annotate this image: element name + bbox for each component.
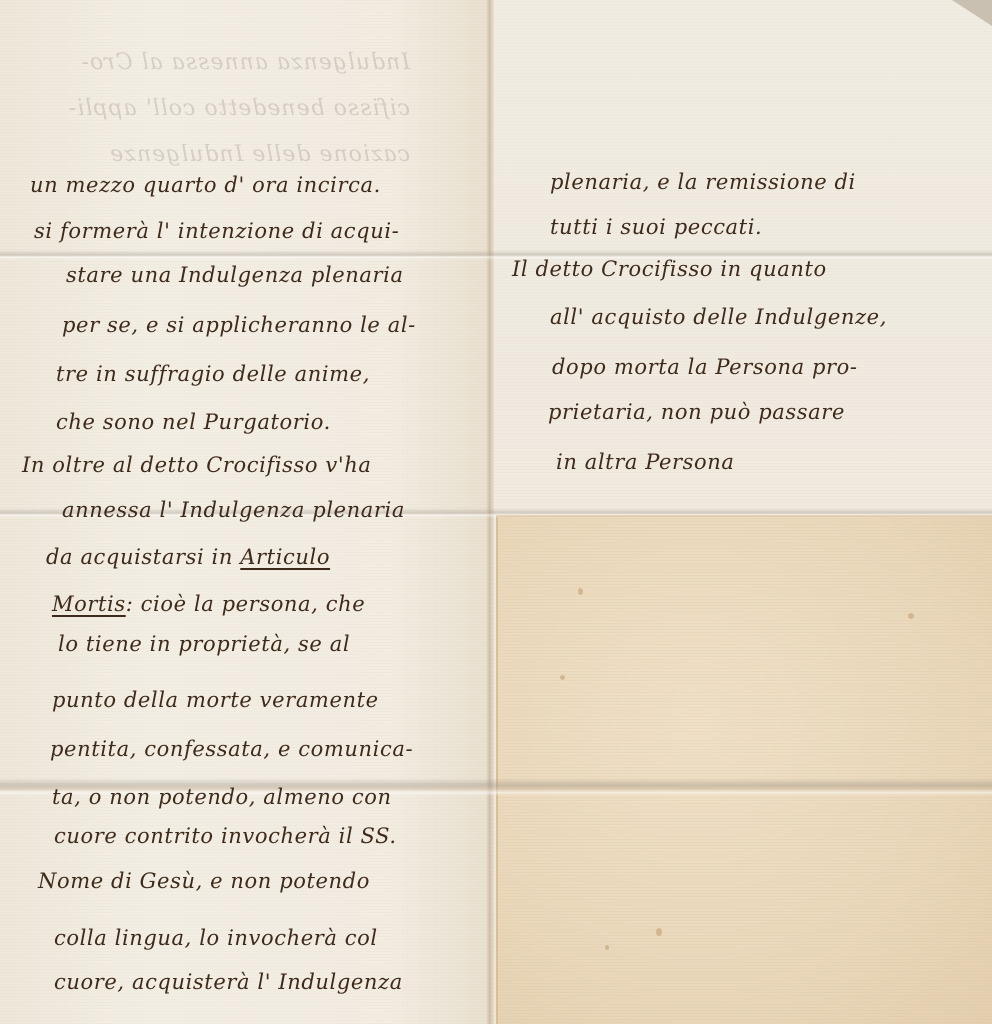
manuscript-line: colla lingua, lo invocherà col bbox=[54, 926, 378, 950]
manuscript-line: Mortis: cioè la persona, che bbox=[52, 592, 365, 616]
manuscript-line: pentita, confessata, e comunica- bbox=[50, 737, 413, 761]
right-page-lower-blank bbox=[496, 515, 992, 1024]
ink-stain bbox=[605, 945, 609, 950]
ink-stain bbox=[908, 613, 914, 619]
manuscript-line: un mezzo quarto d' ora incirca. bbox=[30, 173, 381, 197]
underlined-term: Mortis bbox=[52, 592, 126, 616]
show-through-text: Indulgenza annessa al Cro- cifisso bened… bbox=[20, 40, 410, 178]
ink-stain bbox=[578, 588, 583, 595]
manuscript-sheet: Indulgenza annessa al Cro- cifisso bened… bbox=[0, 0, 992, 1024]
manuscript-line: si formerà l' intenzione di acqui- bbox=[34, 219, 399, 243]
manuscript-line: in altra Persona bbox=[556, 450, 735, 474]
manuscript-line: punto della morte veramente bbox=[52, 688, 379, 712]
horizontal-fold-crease bbox=[0, 250, 992, 260]
manuscript-line: Il detto Crocifisso in quanto bbox=[512, 257, 827, 281]
manuscript-line: per se, e si applicheranno le al- bbox=[62, 313, 416, 337]
manuscript-line: cuore contrito invocherà il SS. bbox=[54, 824, 397, 848]
manuscript-line: all' acquisto delle Indulgenze, bbox=[550, 305, 887, 329]
manuscript-line: plenaria, e la remissione di bbox=[550, 170, 856, 194]
manuscript-line: In oltre al detto Crocifisso v'ha bbox=[22, 453, 371, 477]
manuscript-line: lo tiene in proprietà, se al bbox=[58, 632, 350, 656]
manuscript-line: dopo morta la Persona pro- bbox=[552, 355, 858, 379]
manuscript-line: annessa l' Indulgenza plenaria bbox=[62, 498, 405, 522]
ink-stain bbox=[656, 928, 662, 936]
manuscript-line: tutti i suoi peccati. bbox=[550, 215, 762, 239]
manuscript-line: da acquistarsi in Articulo bbox=[46, 545, 330, 569]
underlined-term: Articulo bbox=[240, 545, 330, 569]
manuscript-line: prietaria, non può passare bbox=[548, 400, 845, 424]
manuscript-line: tre in suffragio delle anime, bbox=[56, 362, 370, 386]
manuscript-line: che sono nel Purgatorio. bbox=[56, 410, 331, 434]
manuscript-line: Nome di Gesù, e non potendo bbox=[38, 869, 370, 893]
manuscript-line: stare una Indulgenza plenaria bbox=[66, 263, 404, 287]
folded-corner bbox=[952, 0, 992, 26]
manuscript-line: ta, o non potendo, almeno con bbox=[52, 785, 392, 809]
ink-stain bbox=[560, 675, 565, 680]
manuscript-line: cuore, acquisterà l' Indulgenza bbox=[54, 970, 403, 994]
